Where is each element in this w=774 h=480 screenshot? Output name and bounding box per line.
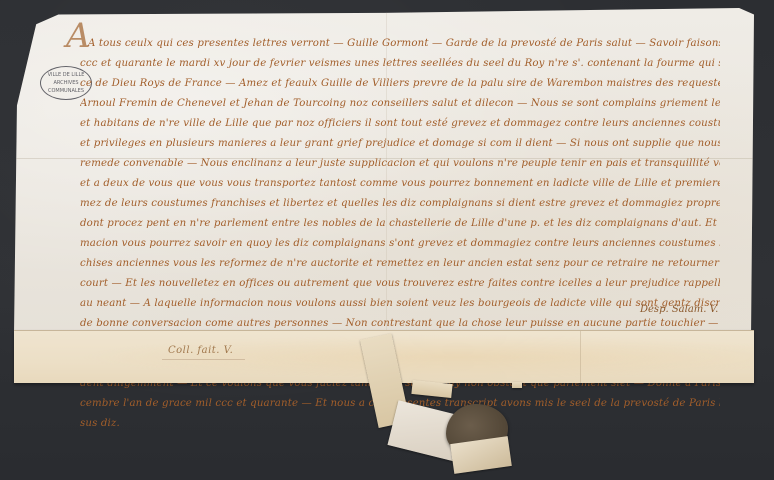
text-line: et habitans de n're ville de Lille que p… bbox=[80, 114, 720, 134]
seal-tag-fragment bbox=[512, 382, 522, 388]
text-line: chises anciennes vous les reformez de n'… bbox=[80, 254, 720, 274]
text-line: dont procez pent en n're parlement entre… bbox=[80, 214, 720, 234]
text-line: court — Et les nouvelletez en offices ou… bbox=[80, 274, 720, 294]
text-line: et a deux de vous que vous vous transpor… bbox=[80, 174, 720, 194]
text-line: Arnoul Fremin de Chenevel et Jehan de To… bbox=[80, 94, 720, 114]
scribe-signature: Desp. Salam. V. bbox=[640, 304, 718, 315]
collation-note: Coll. fait. V. bbox=[162, 345, 245, 360]
plica-crease bbox=[580, 331, 581, 383]
text-line: ccc et quarante le mardi xv jour de fevr… bbox=[80, 54, 720, 74]
text-line: macion vous pourrez savoir en quoy les d… bbox=[80, 234, 720, 254]
text-line: au neant — A laquelle informacion nous v… bbox=[80, 294, 720, 314]
text-line: et privileges en plusieurs manieres a le… bbox=[80, 134, 720, 154]
text-line: A tous ceulx qui ces presentes lettres v… bbox=[80, 34, 720, 54]
text-line: sus diz. bbox=[80, 414, 150, 434]
text-line: ce de Dieu Roys de France — Amez et feau… bbox=[80, 74, 720, 94]
text-line: remede convenable — Nous enclinanz a leu… bbox=[80, 154, 720, 174]
text-line: mez de leurs coustumes franchises et lib… bbox=[80, 194, 720, 214]
